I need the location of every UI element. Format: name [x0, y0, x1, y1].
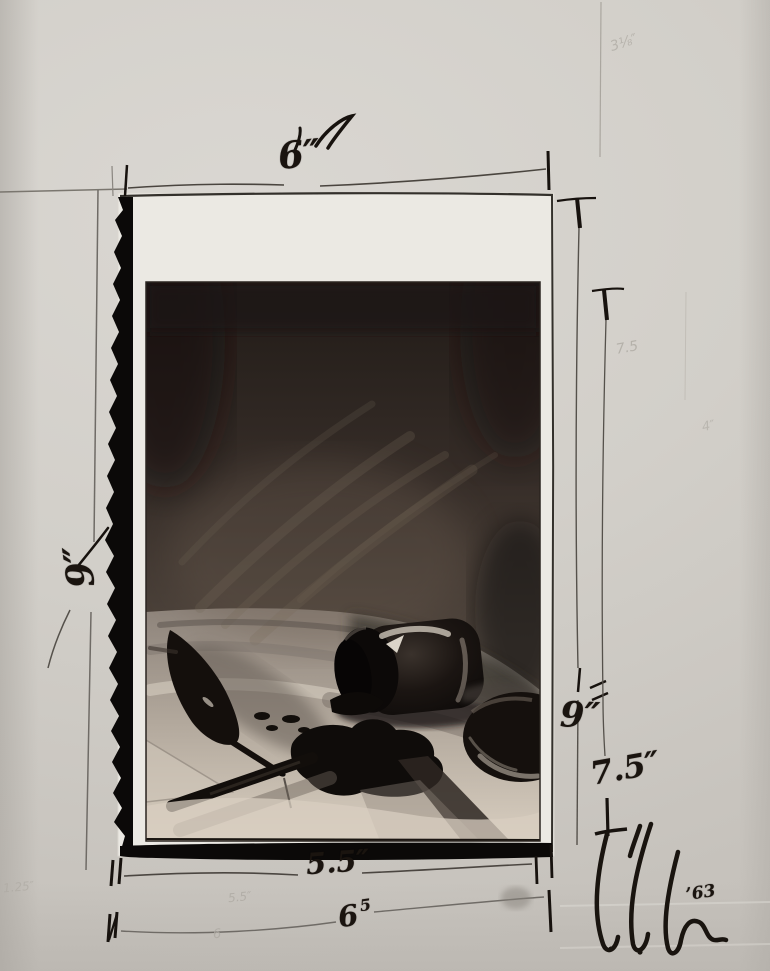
mat-right-edge: [552, 196, 553, 852]
label-signature-year: ’63: [685, 883, 717, 904]
mat-left-torn-edge: [105, 197, 133, 850]
pencil-smudge: [501, 887, 531, 909]
label-bottom-outer-width-pencil: 6: [213, 928, 222, 942]
label-bottom-outer-width-sup: 5: [359, 897, 372, 914]
label-right-small-pencil: 4″: [701, 419, 717, 434]
label-bottom-outer-width-value: 6: [336, 898, 361, 934]
label-right-height-pencil: 7.5: [615, 339, 639, 357]
label-top-width: 6″: [276, 134, 322, 175]
label-bottom-inner-width-ink: 5.5″: [305, 846, 370, 879]
ink-bottle: [329, 616, 493, 728]
label-bottom-inner-width-pencil: 5.5″: [227, 890, 252, 904]
label-bottom-left-margin-pencil: 1.25″: [3, 880, 35, 895]
label-right-height-ink: 9″: [559, 697, 600, 733]
artwork-svg: [0, 0, 770, 971]
label-left-height: 9″: [58, 543, 101, 590]
label-bottom-outer-width-ink: 65: [336, 899, 374, 932]
photo-of-artwork: 6″ 3⅛″ 9″ 7.5 4″ 9″ 7.5″ 5.5″ 5.5″ 65 6 …: [0, 0, 770, 971]
ink-wash-painting: [105, 190, 579, 841]
